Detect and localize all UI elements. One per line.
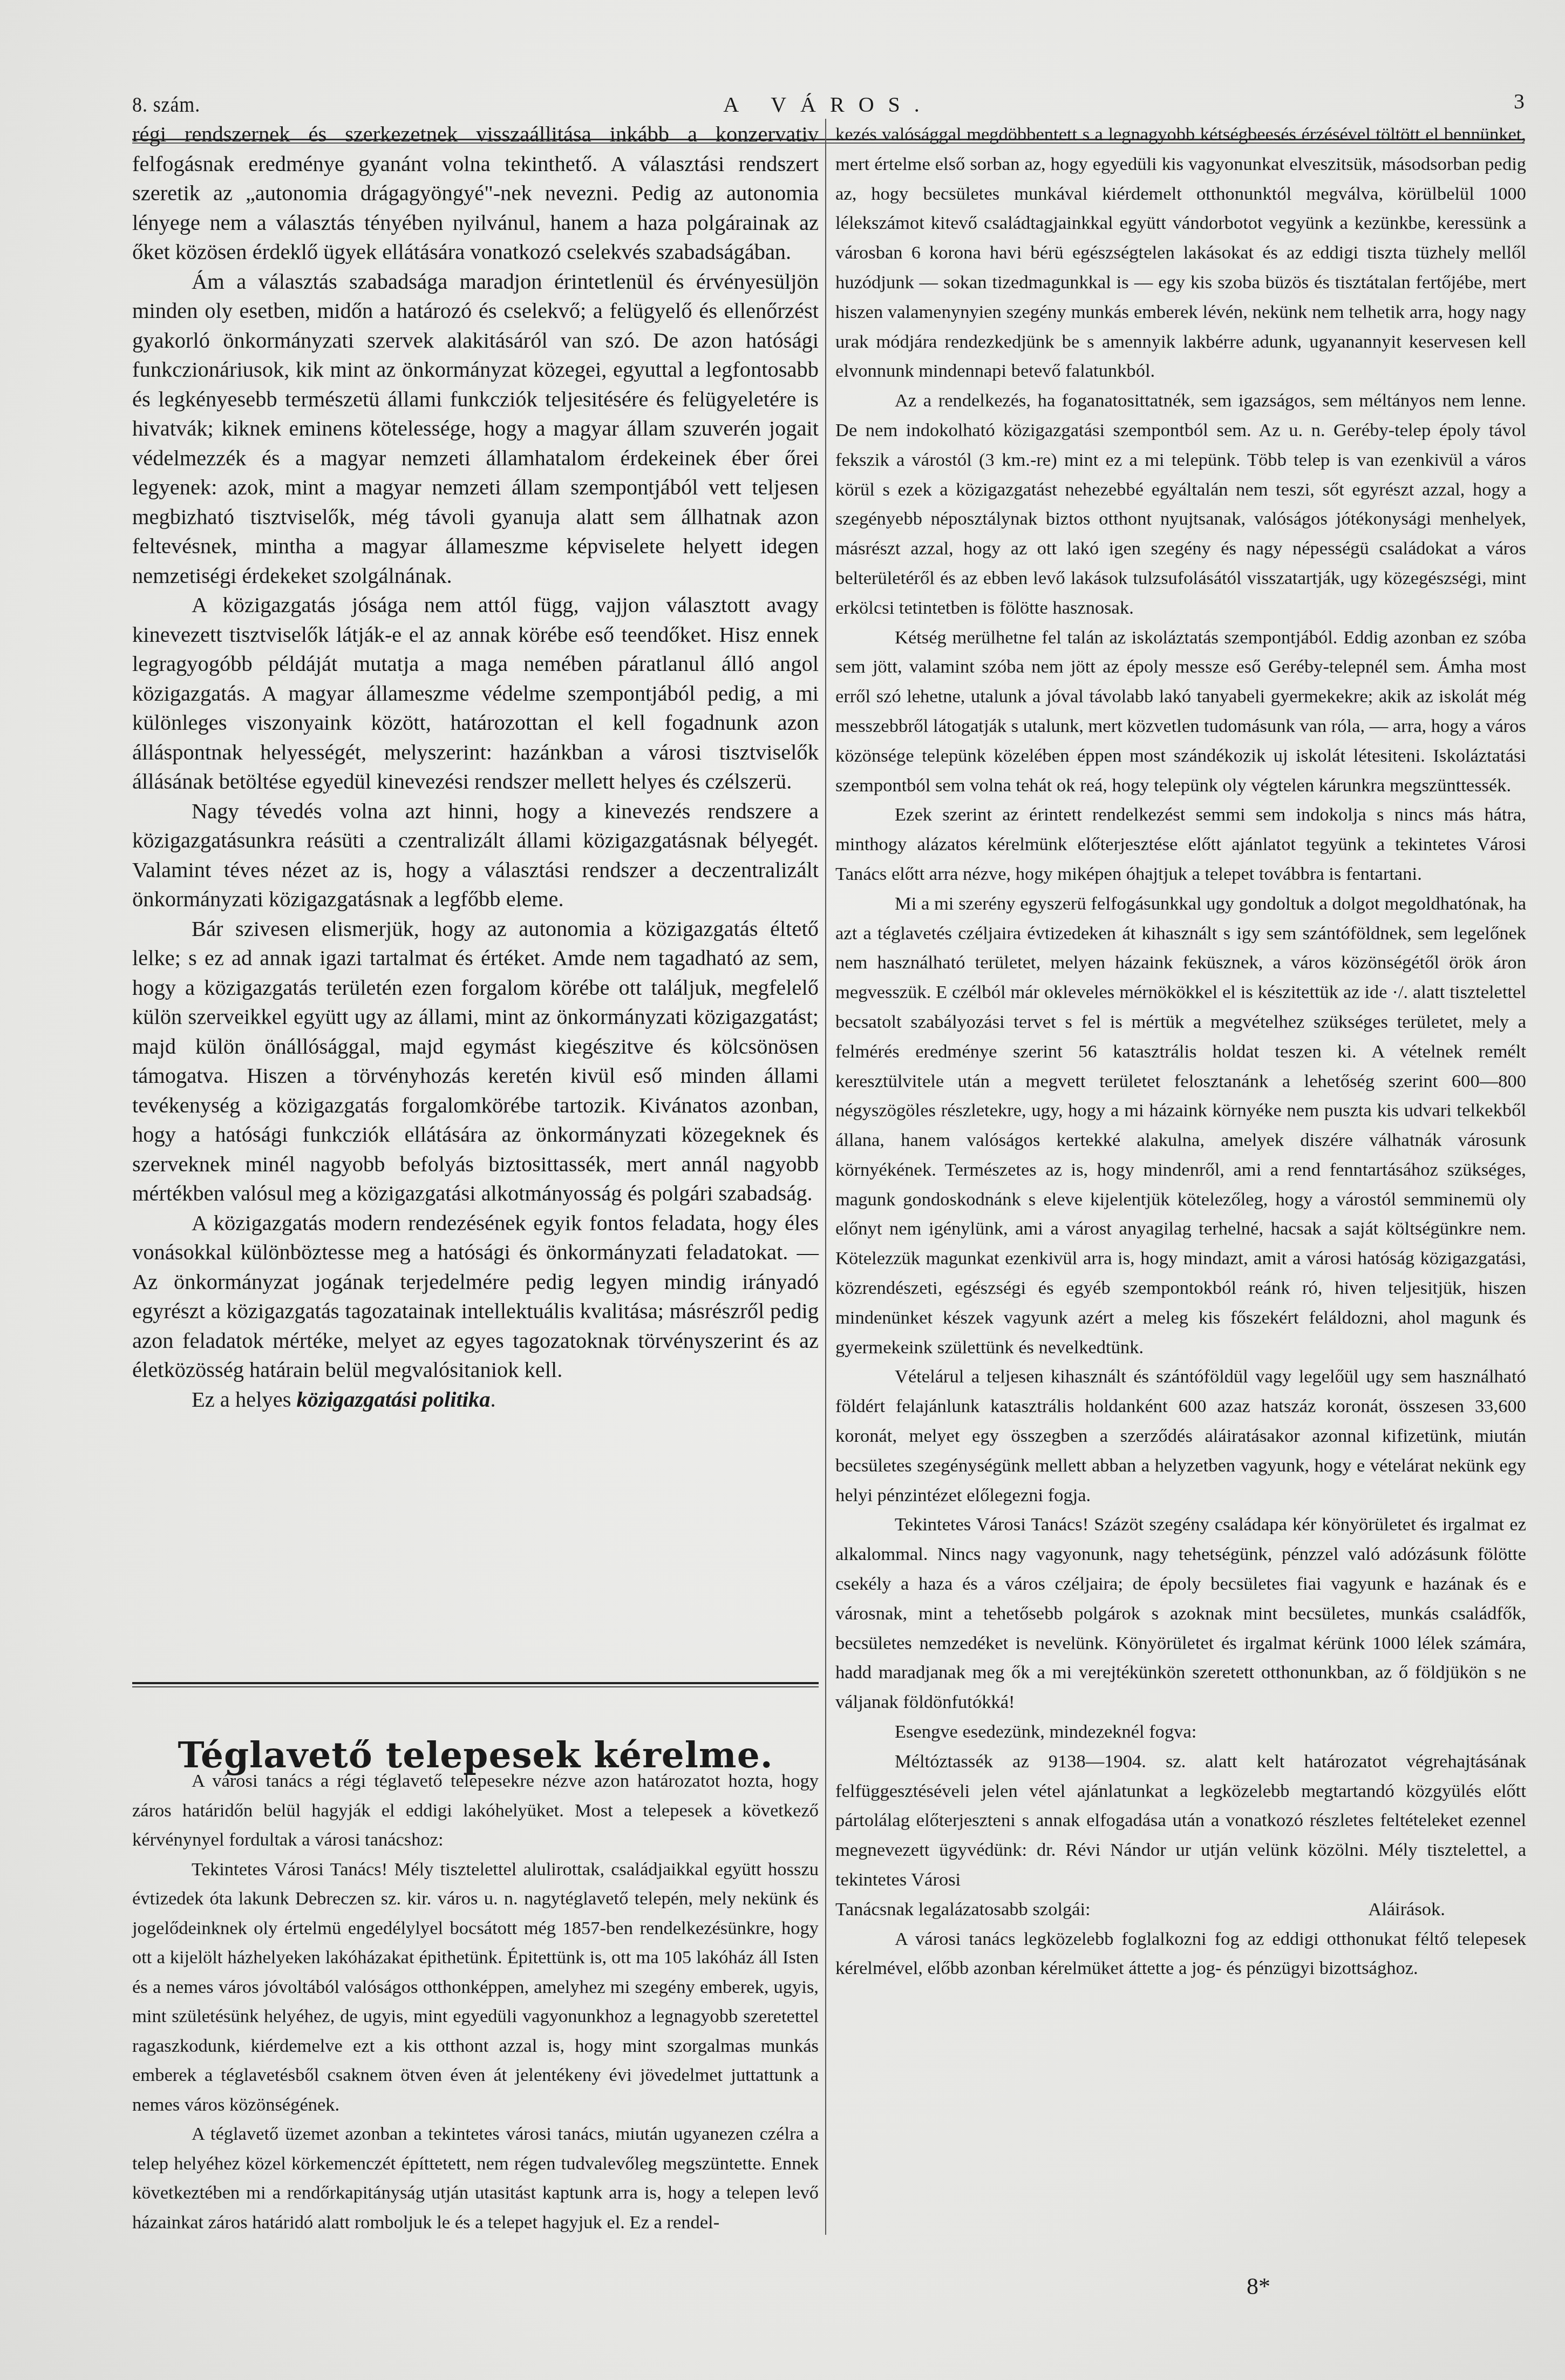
signature-placeholder: Aláirások. xyxy=(1368,1895,1445,1924)
paragraph: Kétség merülhetne fel talán az iskolázta… xyxy=(835,623,1526,801)
closing-emphasis: közigazgatási politika xyxy=(297,1387,491,1412)
article-body: A városi tanács a régi téglavető telepes… xyxy=(132,1766,819,2237)
column-divider xyxy=(825,119,826,2235)
running-head: 8. szám. A VÁROS. 3 xyxy=(132,86,1525,124)
closing-line: Ez a helyes közigazgatási politika. xyxy=(132,1385,819,1415)
paragraph: A közigazgatás modern rendezésének egyik… xyxy=(132,1209,819,1385)
closing-suffix: . xyxy=(490,1387,495,1412)
paragraph: Esengve esedezünk, mindezeknél fogva: xyxy=(835,1717,1526,1747)
paragraph: Tekintetes Városi Tanács! Százöt szegény… xyxy=(835,1510,1526,1717)
closing-prefix: Ez a helyes xyxy=(192,1387,297,1412)
paragraph: Méltóztassék az 9138—1904. sz. alatt kel… xyxy=(835,1747,1526,1895)
paragraph: A közigazgatás jósága nem attól függ, va… xyxy=(132,591,819,797)
paragraph: Ám a választás szabadsága maradjon érint… xyxy=(132,267,819,591)
paragraph: Mi a mi szerény egyszerü felfogásunkkal … xyxy=(835,889,1526,1362)
paragraph: kezés valósággal megdöbbentett s a legna… xyxy=(835,120,1526,386)
left-column-editorial: régi rendszernek és szerkezetnek visszaá… xyxy=(132,120,819,1414)
final-paragraph: A városi tanács legközelebb foglalkozni … xyxy=(835,1924,1526,1984)
newspaper-title: A VÁROS. xyxy=(132,92,1525,117)
paragraph: Az a rendelkezés, ha foganatosittatnék, … xyxy=(835,386,1526,622)
section-rule-secondary xyxy=(132,1686,819,1687)
printer-signature-mark: 8* xyxy=(1247,2273,1270,2300)
paragraph: Tekintetes Városi Tanács! Mély tisztelet… xyxy=(132,1855,819,2120)
paragraph: Nagy tévedés volna azt hinni, hogy a kin… xyxy=(132,797,819,914)
paragraph: Bár szivesen elismerjük, hogy az autonom… xyxy=(132,914,819,1209)
signature-closing: Tanácsnak legalázatosabb szolgái: xyxy=(835,1895,1091,1924)
newspaper-page: 8. szám. A VÁROS. 3 régi rendszernek és … xyxy=(0,0,1565,2380)
section-rule xyxy=(132,1682,819,1684)
paragraph: Vételárul a teljesen kihasznált és szánt… xyxy=(835,1362,1526,1510)
signature-line: Tanácsnak legalázatosabb szolgái: Aláirá… xyxy=(835,1895,1526,1924)
article-intro: A városi tanács a régi téglavető telepes… xyxy=(132,1766,819,1855)
right-column-petition: kezés valósággal megdöbbentett s a legna… xyxy=(835,120,1526,1983)
paragraph: régi rendszernek és szerkezetnek visszaá… xyxy=(132,120,819,267)
paragraph: Ezek szerint az érintett rendelkezést se… xyxy=(835,800,1526,889)
page-number: 3 xyxy=(1514,89,1525,114)
paragraph: A téglavető üzemet azonban a tekintetes … xyxy=(132,2119,819,2237)
